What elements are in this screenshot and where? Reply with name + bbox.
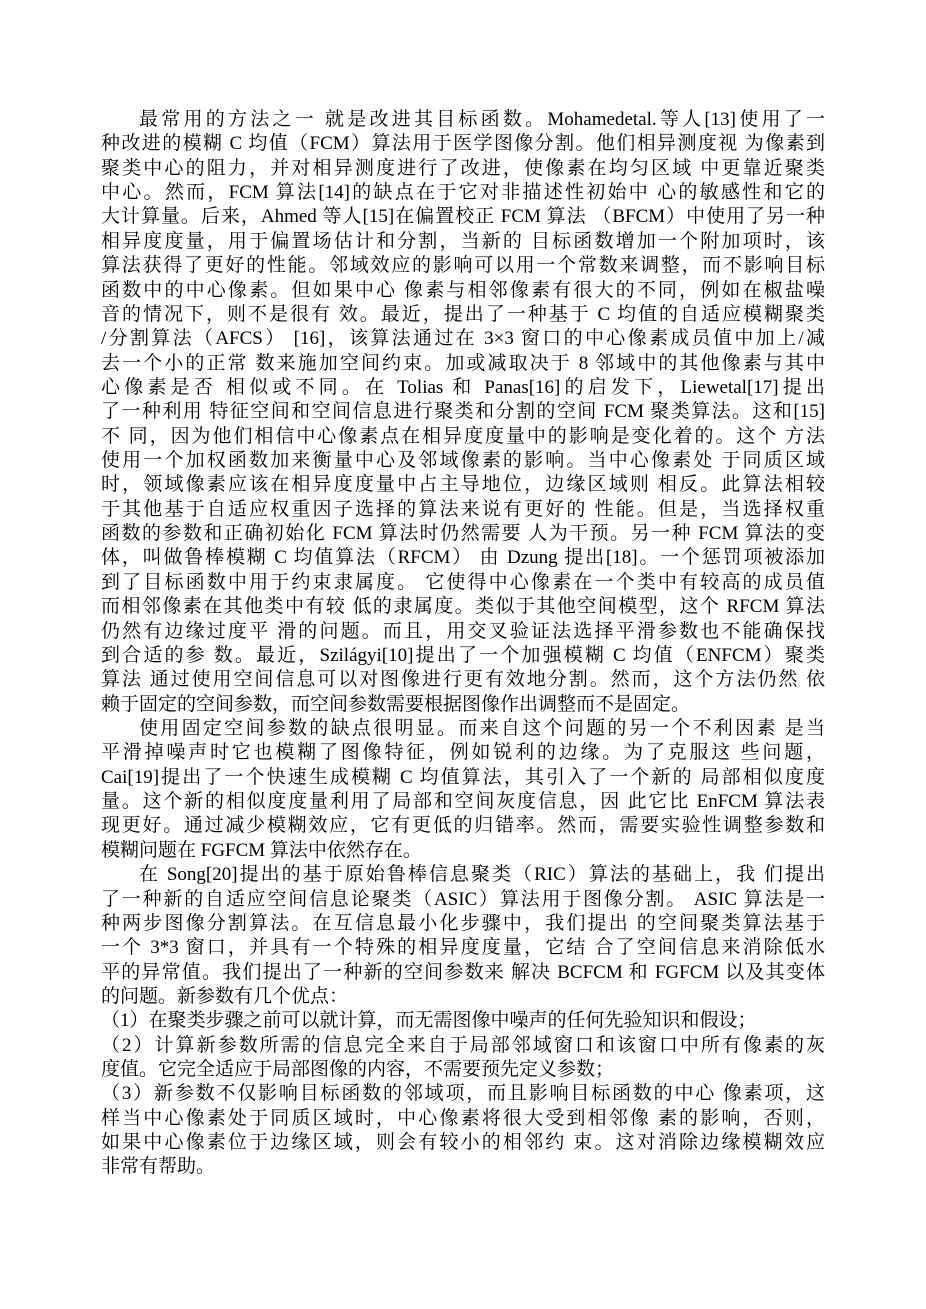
text-line: 去一个小的正常 数来施加空间约束。加或减取决于 8 邻域中的其他像素与其中 xyxy=(101,352,825,376)
text-line: Cai[19]提出了一个快速生成模糊 C 均值算法，其引入了一个新的 局部相似度… xyxy=(101,766,825,790)
text-line: 音的情况下，则不是很有 效。最近，提出了一种基于 C 均值的自适应模糊聚类 xyxy=(101,303,825,327)
text-line: 平滑掉噪声时它也模糊了图像特征，例如锐利的边缘。为了克服这 些问题， xyxy=(101,741,825,765)
text-line: 量。这个新的相似度度量利用了局部和空间灰度信息，因 此它比 EnFCM 算法表 xyxy=(101,790,825,814)
text-line: 体，叫做鲁棒模糊 C 均值算法（RFCM） 由 Dzung 提出[18]。一个惩… xyxy=(101,546,825,570)
text-line: 大计算量。后来，Ahmed 等人[15]在偏置校正 FCM 算法 （BFCM）中… xyxy=(101,205,825,229)
text-line: 在 Song[20]提出的基于原始鲁棒信息聚类（RIC）算法的基础上，我 们提出 xyxy=(101,863,825,887)
text-line: 函数中的中心像素。但如果中心 像素与相邻像素有很大的不同，例如在椒盐噪 xyxy=(101,279,825,303)
text-line: 聚类中心的阻力，并对相异测度进行了改进，使像素在均匀区域 中更靠近聚类 xyxy=(101,157,825,181)
text-line: 算法 通过使用空间信息可以对图像进行更有效地分割。然而，这个方法仍然 依 xyxy=(101,668,825,692)
text-line: （3）新参数不仅影响目标函数的邻域项，而且影响目标函数的中心 像素项，这 xyxy=(101,1082,825,1106)
text-line: 算法获得了更好的性能。邻域效应的影响可以用一个常数来调整，而不影响目标 xyxy=(101,254,825,278)
text-line: 中心。然而，FCM 算法[14]的缺点在于它对非描述性初始中 心的敏感性和它的 xyxy=(101,181,825,205)
text-line: 了一种利用 特征空间和空间信息进行聚类和分割的空间 FCM 聚类算法。这和[15… xyxy=(101,400,825,424)
text-line: 种改进的模糊 C 均值（FCM）算法用于医学图像分割。他们相异测度视 为像素到 xyxy=(101,132,825,156)
text-line: 到了目标函数中用于约束隶属度。 它使得中心像素在一个类中有较高的成员值 xyxy=(101,571,825,595)
text-line: 如果中心像素位于边缘区域，则会有较小的相邻约 束。这对消除边缘模糊效应 xyxy=(101,1131,825,1155)
text-line: 时，领域像素应该在相异度度量中占主导地位，边缘区域则 相反。此算法相较 xyxy=(101,473,825,497)
text-line: （2）计算新参数所需的信息完全来自于局部邻域窗口和该窗口中所有像素的灰 xyxy=(101,1034,825,1058)
text-line: 最常用的方法之一 就是改进其目标函数。Mohamedetal.等人[13]使用了… xyxy=(101,108,825,132)
paragraph: 使用固定空间参数的缺点很明显。而来自这个问题的另一个不利因素 是当平滑掉噪声时它… xyxy=(101,717,825,863)
text-line: 使用固定空间参数的缺点很明显。而来自这个问题的另一个不利因素 是当 xyxy=(101,717,825,741)
text-line: 模糊问题在 FGFCM 算法中依然存在。 xyxy=(101,839,825,863)
text-line: 使用一个加权函数加来衡量中心及邻域像素的影响。当中心像素处 于同质区域 xyxy=(101,449,825,473)
text-line: 到合适的参 数。最近，Szilágyi[10]提出了一个加强模糊 C 均值（EN… xyxy=(101,644,825,668)
text-line: （1）在聚类步骤之前可以就计算，而无需图像中噪声的任何先验知识和假设； xyxy=(101,1009,825,1033)
paragraph: 最常用的方法之一 就是改进其目标函数。Mohamedetal.等人[13]使用了… xyxy=(101,108,825,717)
text-line: 度值。它完全适应于局部图像的内容，不需要预先定义参数； xyxy=(101,1058,825,1082)
text-line: 心像素是否 相似或不同。在 Tolias 和 Panas[16]的启发下，Lie… xyxy=(101,376,825,400)
text-line: 样当中心像素处于同质区域时，中心像素将很大受到相邻像 素的影响，否则， xyxy=(101,1107,825,1131)
text-line: 而相邻像素在其他类中有较 低的隶属度。类似于其他空间模型，这个 RFCM 算法 xyxy=(101,595,825,619)
paragraph: 在 Song[20]提出的基于原始鲁棒信息聚类（RIC）算法的基础上，我 们提出… xyxy=(101,863,825,1009)
paragraph: （2）计算新参数所需的信息完全来自于局部邻域窗口和该窗口中所有像素的灰度值。它完… xyxy=(101,1034,825,1083)
document-body: 最常用的方法之一 就是改进其目标函数。Mohamedetal.等人[13]使用了… xyxy=(101,108,825,1180)
paragraph: （3）新参数不仅影响目标函数的邻域项，而且影响目标函数的中心 像素项，这样当中心… xyxy=(101,1082,825,1179)
text-line: 的问题。新参数有几个优点： xyxy=(101,985,825,1009)
text-line: /分割算法（AFCS） [16]，该算法通过在 3×3 窗口的中心像素成员值中加… xyxy=(101,327,825,351)
document-page: { "page": { "background_color": "#ffffff… xyxy=(0,0,926,1309)
paragraph: （1）在聚类步骤之前可以就计算，而无需图像中噪声的任何先验知识和假设； xyxy=(101,1009,825,1033)
text-line: 不 同，因为他们相信中心像素点在相异度度量中的影响是变化着的。这个 方法 xyxy=(101,425,825,449)
text-line: 现更好。通过减少模糊效应，它有更低的归错率。然而，需要实验性调整参数和 xyxy=(101,814,825,838)
text-line: 仍然有边缘过度平 滑的问题。而且，用交叉验证法选择平滑参数也不能确保找 xyxy=(101,620,825,644)
text-line: 一个 3*3 窗口，并具有一个特殊的相异度度量，它结 合了空间信息来消除低水 xyxy=(101,936,825,960)
text-line: 了一种新的自适应空间信息论聚类（ASIC）算法用于图像分割。 ASIC 算法是一 xyxy=(101,888,825,912)
text-line: 于其他基于自适应权重因子选择的算法来说有更好的 性能。但是，当选择权重 xyxy=(101,498,825,522)
text-line: 相异度度量，用于偏置场估计和分割，当新的 目标函数增加一个附加项时，该 xyxy=(101,230,825,254)
text-line: 平的异常值。我们提出了一种新的空间参数来 解决 BCFCM 和 FGFCM 以及… xyxy=(101,961,825,985)
text-line: 非常有帮助。 xyxy=(101,1155,825,1179)
text-line: 种两步图像分割算法。在互信息最小化步骤中，我们提出 的空间聚类算法基于 xyxy=(101,912,825,936)
text-line: 赖于固定的空间参数，而空间参数需要根据图像作出调整而不是固定。 xyxy=(101,693,825,717)
text-line: 函数的参数和正确初始化 FCM 算法时仍然需要 人为干预。另一种 FCM 算法的… xyxy=(101,522,825,546)
